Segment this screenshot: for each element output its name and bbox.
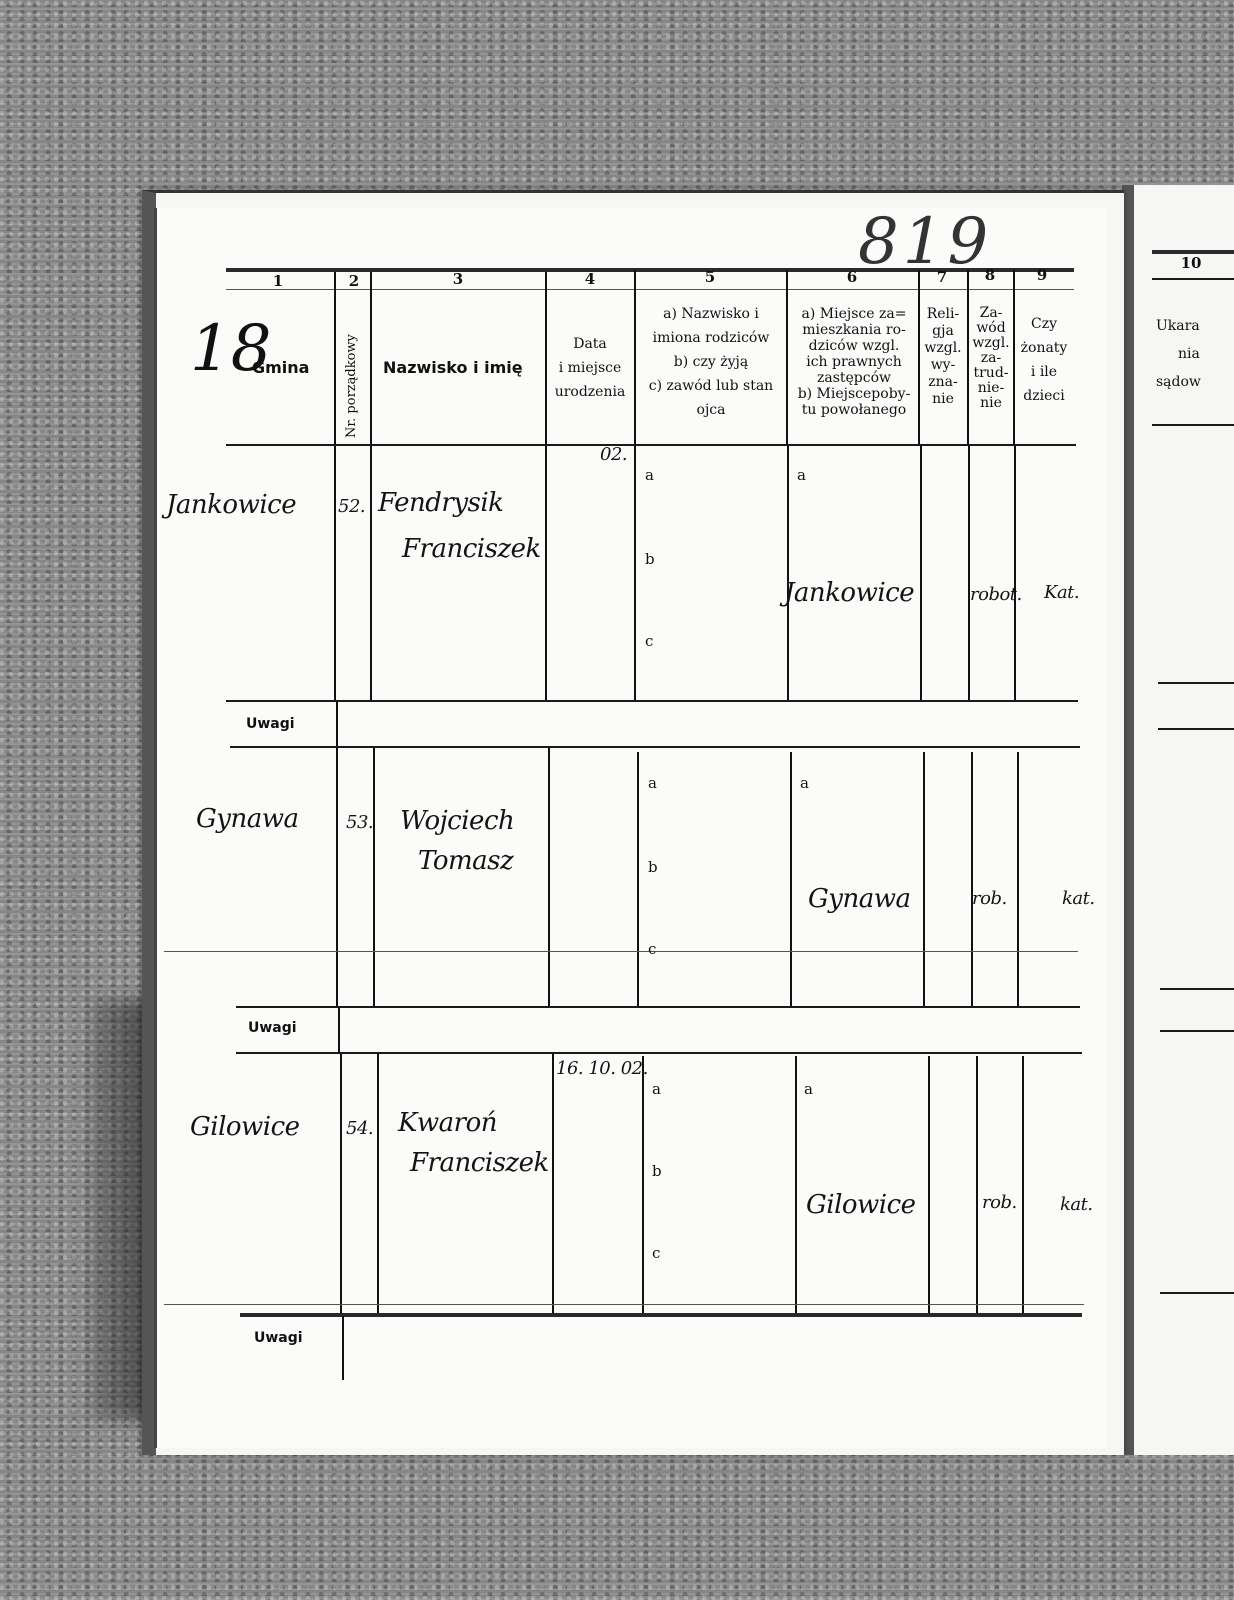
col-divider	[790, 752, 792, 1006]
col-num-5: 5	[700, 268, 720, 286]
header-line: Data	[548, 332, 632, 356]
entry-row-rule	[164, 951, 1078, 952]
col-divider	[334, 272, 336, 444]
header-line: Czy	[1016, 312, 1072, 336]
col-divider	[545, 446, 547, 700]
header-line: wzgl.	[968, 336, 1014, 351]
col-divider	[637, 752, 639, 1006]
entry-1-label-b: b	[645, 550, 655, 568]
entry-1-given-name: Franciszek	[402, 534, 541, 564]
col-divider	[971, 752, 973, 1006]
header-line: nie	[968, 396, 1014, 411]
col-divider	[377, 1054, 379, 1314]
header-line: dzieci	[1016, 384, 1072, 408]
entry-2-nr: 53.	[346, 812, 373, 833]
header-line: nie-	[968, 381, 1014, 396]
col-num-9: 9	[1032, 266, 1052, 284]
entry-2-label-6a: a	[800, 774, 809, 792]
entry-3-label-c: c	[652, 1244, 660, 1262]
header-line: zna-	[920, 374, 966, 391]
next-page-top-rule	[1152, 250, 1234, 254]
remarks-divider	[338, 1008, 340, 1052]
col-divider	[370, 272, 372, 444]
col-divider	[548, 748, 550, 1006]
entry-2-residence: Gynawa	[808, 884, 910, 914]
col-divider	[787, 446, 789, 700]
col-divider	[928, 1056, 930, 1314]
col-divider	[334, 446, 336, 700]
next-page-rule	[1160, 988, 1234, 990]
col-num-4: 4	[580, 270, 600, 288]
entry-bottom-rule	[236, 1006, 1080, 1008]
entry-3-label-6a: a	[804, 1080, 813, 1098]
header-line: wód	[968, 321, 1014, 336]
col-divider	[634, 270, 636, 444]
col-num-3: 3	[448, 270, 468, 288]
next-page-rule	[1158, 682, 1234, 684]
col-divider	[918, 270, 920, 444]
header-line: żonaty	[1016, 336, 1072, 360]
next-page-header-rule	[1152, 424, 1234, 426]
next-page-rule	[1160, 1292, 1234, 1294]
entry-3-nr: 54.	[346, 1118, 373, 1139]
header-line: c) zawód lub stan	[636, 374, 786, 398]
header-line: za-	[968, 351, 1014, 366]
header-line: ojca	[636, 398, 786, 422]
entry-2-given-name: Tomasz	[418, 846, 513, 876]
col-divider	[923, 752, 925, 1006]
entry-3-occupation: rob.	[982, 1192, 1017, 1213]
entry-2-label-b: b	[648, 858, 658, 876]
header-zonaty: Czy żonaty i ile dzieci	[1016, 312, 1072, 408]
col-divider	[552, 1054, 554, 1314]
col-divider	[642, 1056, 644, 1314]
header-line: sądow	[1156, 368, 1234, 396]
entry-3-given-name: Franciszek	[410, 1148, 549, 1178]
entry-1-gmina: Jankowice	[166, 490, 296, 520]
next-page-num-rule	[1152, 278, 1234, 280]
remarks-divider	[342, 1316, 344, 1380]
header-bottom-rule	[226, 444, 1076, 446]
entry-1-surname: Fendrysik	[378, 488, 503, 518]
col-divider	[1022, 1056, 1024, 1314]
col-divider	[1014, 446, 1016, 700]
header-line: dziców wzgl.	[790, 338, 918, 354]
header-line: wy-	[920, 357, 966, 374]
col-divider	[634, 446, 636, 700]
col-divider	[336, 748, 338, 1006]
entry-2-occupation: rob.	[972, 888, 1007, 909]
entry-3-surname: Kwaroń	[398, 1108, 497, 1138]
entry-2-religion: kat.	[1062, 888, 1095, 909]
col-num-6: 6	[842, 268, 862, 286]
entry-3-gmina: Gilowice	[190, 1112, 300, 1142]
entry-1-label-c: c	[645, 632, 653, 650]
entry-bottom-rule	[240, 1313, 1082, 1317]
next-page-rule	[1158, 728, 1234, 730]
col-divider	[1013, 270, 1015, 444]
header-miejsce: a) Miejsce za= mieszkania ro- dziców wzg…	[790, 306, 918, 418]
col-divider	[373, 748, 375, 1006]
entry-1-label-a: a	[645, 466, 654, 484]
header-line: tu powołanego	[790, 402, 918, 418]
entry-3-birth: 16. 10. 02.	[556, 1058, 648, 1079]
header-religia: Reli- gja wzgl. wy- zna- nie	[920, 306, 966, 408]
col-divider	[967, 270, 969, 444]
header-line: nia	[1156, 340, 1234, 368]
header-gmina: Gmina	[252, 358, 309, 377]
col-num-10: 10	[1176, 254, 1206, 272]
entry-1-label-6a: a	[797, 466, 806, 484]
col-num-7: 7	[932, 268, 952, 286]
col-num-8: 8	[980, 266, 1000, 284]
col-divider	[795, 1056, 797, 1314]
remarks-bottom-rule	[230, 746, 1080, 748]
entry-3-label-a: a	[652, 1080, 661, 1098]
entry-1-occupation: robot.	[970, 584, 1022, 605]
entry-1-religion: Kat.	[1044, 582, 1079, 603]
entry-2-label-c: c	[648, 940, 656, 958]
col-divider	[968, 446, 970, 700]
remarks-label-2: Uwagi	[248, 1020, 297, 1036]
header-line: i miejsce	[548, 356, 632, 380]
header-zawod: Za- wód wzgl. za- trud- nie- nie	[968, 306, 1014, 411]
col-divider	[786, 270, 788, 444]
header-line: Za-	[968, 306, 1014, 321]
header-nazwisko-imie: Nazwisko i imię	[383, 358, 523, 377]
remarks-bottom-rule	[236, 1052, 1082, 1054]
header-line: wzgl.	[920, 340, 966, 357]
header-line: b) Miejscepoby-	[790, 386, 918, 402]
header-rodzice: a) Nazwisko i imiona rodziców b) czy żyj…	[636, 302, 786, 422]
header-line: imiona rodziców	[636, 326, 786, 350]
entry-bottom-rule	[226, 700, 1078, 702]
remarks-divider	[336, 702, 338, 746]
entry-2-gmina: Gynawa	[196, 804, 298, 834]
header-line: Ukara	[1156, 312, 1234, 340]
header-line: gja	[920, 323, 966, 340]
header-line: a) Nazwisko i	[636, 302, 786, 326]
remarks-label-1: Uwagi	[246, 716, 295, 732]
header-line: zastępców	[790, 370, 918, 386]
col-num-1: 1	[268, 272, 288, 290]
header-line: urodzenia	[548, 380, 632, 404]
header-nr-porzadkowy: Nr. porządkowy	[344, 334, 359, 438]
entry-3-label-b: b	[652, 1162, 662, 1180]
entry-2-label-a: a	[648, 774, 657, 792]
remarks-label-3: Uwagi	[254, 1330, 303, 1346]
col-num-2: 2	[344, 272, 364, 290]
header-line: trud-	[968, 366, 1014, 381]
col-divider	[545, 272, 547, 444]
col-divider	[340, 1054, 342, 1314]
header-line: a) Miejsce za=	[790, 306, 918, 322]
col-divider	[370, 446, 372, 700]
header-line: b) czy żyją	[636, 350, 786, 374]
col-divider	[920, 446, 922, 700]
header-line: mieszkania ro-	[790, 322, 918, 338]
entry-3-religion: kat.	[1060, 1194, 1093, 1215]
header-line: nie	[920, 391, 966, 408]
header-data-urodzenia: Data i miejsce urodzenia	[548, 332, 632, 404]
header-line: i ile	[1016, 360, 1072, 384]
entry-1-birth: 02.	[600, 444, 627, 465]
col-divider	[976, 1056, 978, 1314]
next-page-rule	[1160, 1030, 1234, 1032]
entry-row-rule	[164, 1304, 1084, 1305]
entry-1-residence: Jankowice	[784, 578, 914, 608]
entry-1-nr: 52.	[338, 496, 365, 517]
col-divider	[1017, 752, 1019, 1006]
entry-2-surname: Wojciech	[400, 806, 514, 836]
entry-3-residence: Gilowice	[806, 1190, 916, 1220]
header-line: ich prawnych	[790, 354, 918, 370]
header-ukarania: Ukara nia sądow	[1156, 312, 1234, 396]
header-line: Reli-	[920, 306, 966, 323]
